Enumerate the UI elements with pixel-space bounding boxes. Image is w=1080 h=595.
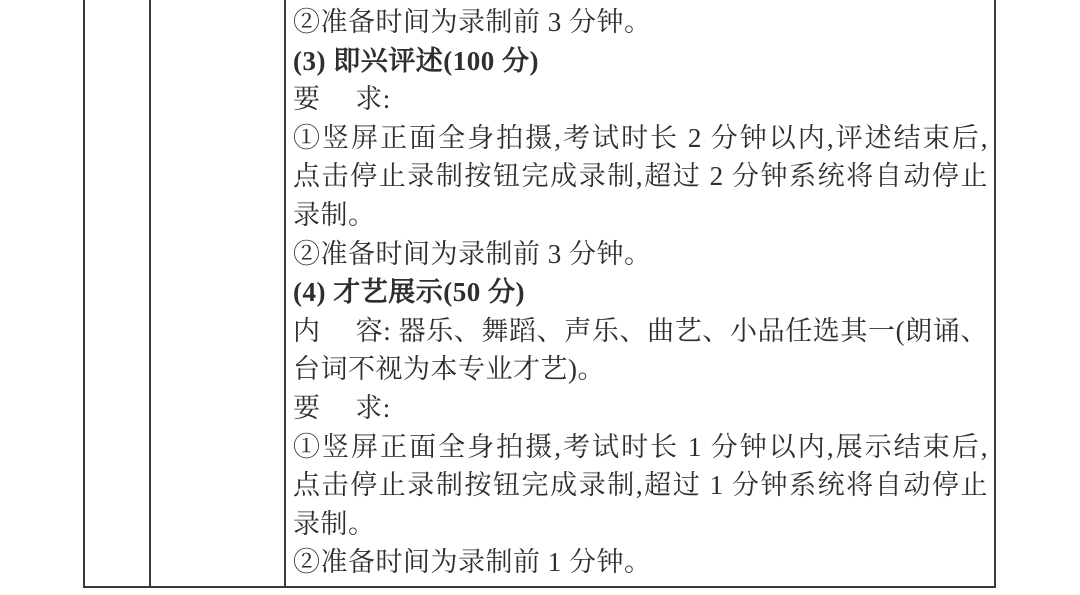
section-heading: (4) 才艺展示(50 分)	[293, 273, 988, 312]
score-table-fragment: ②准备时间为录制前 3 分钟。 (3) 即兴评述(100 分) 要 求: ①竖屏…	[83, 0, 996, 588]
table-line: ②准备时间为录制前 3 分钟。	[293, 235, 988, 274]
table-line: 要 求:	[293, 80, 988, 119]
table-line: 内 容: 器乐、舞蹈、声乐、曲艺、小品任选其一(朗诵、	[293, 312, 988, 351]
requirements-cell: ②准备时间为录制前 3 分钟。 (3) 即兴评述(100 分) 要 求: ①竖屏…	[286, 0, 994, 586]
table-border-right	[994, 0, 996, 586]
table-line: 台词不视为本专业才艺)。	[293, 350, 988, 389]
table-line: 要 求:	[293, 389, 988, 428]
table-line: ②准备时间为录制前 3 分钟。	[293, 3, 988, 42]
table-column-2-empty	[151, 0, 284, 586]
table-line: 点击停止录制按钮完成录制,超过 1 分钟系统将自动停止	[293, 466, 988, 505]
table-line: ②准备时间为录制前 1 分钟。	[293, 543, 988, 582]
table-column-1-empty	[85, 0, 149, 586]
table-line: ①竖屏正面全身拍摄,考试时长 2 分钟以内,评述结束后,	[293, 119, 988, 158]
table-line: 录制。	[293, 505, 988, 544]
document-page: ②准备时间为录制前 3 分钟。 (3) 即兴评述(100 分) 要 求: ①竖屏…	[0, 0, 1080, 595]
table-line: ①竖屏正面全身拍摄,考试时长 1 分钟以内,展示结束后,	[293, 428, 988, 467]
table-line: 录制。	[293, 196, 988, 235]
table-line: 点击停止录制按钮完成录制,超过 2 分钟系统将自动停止	[293, 157, 988, 196]
section-heading: (3) 即兴评述(100 分)	[293, 42, 988, 81]
